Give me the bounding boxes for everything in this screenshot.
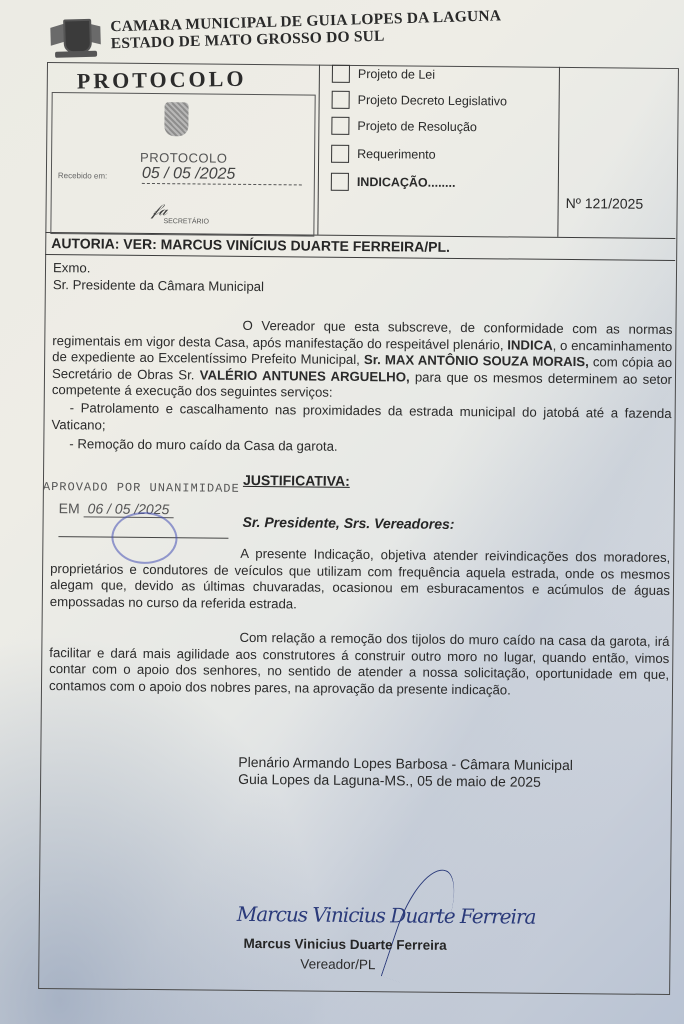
- justification-paragraph-1: A presente Indicação, objetiva atender r…: [50, 544, 671, 616]
- checkbox[interactable]: [332, 65, 350, 83]
- protocol-title: PROTOCOLO: [77, 66, 247, 95]
- received-label: Recebido em:: [58, 171, 107, 180]
- checkbox[interactable]: [331, 173, 349, 191]
- justification-title: JUSTIFICATIVA:: [243, 472, 350, 489]
- indication-paragraph: O Vereador que esta subscreve, de confor…: [52, 316, 673, 405]
- checkbox[interactable]: [331, 145, 349, 163]
- protocol-stamp: PROTOCOLO Recebido em: 05 / 05 /2025 𝒻𝒶 …: [50, 92, 315, 237]
- municipal-crest-icon: [48, 14, 103, 57]
- option-projeto-de-resolucao[interactable]: Projeto de Resolução: [331, 117, 477, 136]
- option-projeto-de-lei[interactable]: Projeto de Lei: [332, 65, 435, 84]
- justification-paragraph-2: Com relação a remoção dos tijolos do mur…: [49, 628, 670, 700]
- indication-form: PROTOCOLO PROTOCOLO Recebido em: 05 / 05…: [38, 62, 684, 1006]
- secretary-role: SECRETÁRIO: [163, 218, 209, 225]
- salutation: Exmo. Sr. Presidente da Câmara Municipal: [53, 260, 673, 299]
- signer-role: Vereador/PL: [300, 956, 375, 972]
- signer-name: Marcus Vinicius Duarte Ferreira: [243, 936, 446, 953]
- stamp-crest-icon: [164, 102, 188, 136]
- checkbox[interactable]: [332, 91, 350, 109]
- justification-salutation: Sr. Presidente, Srs. Vereadores:: [243, 514, 455, 532]
- checkbox[interactable]: [331, 117, 349, 135]
- option-requerimento[interactable]: Requerimento: [331, 145, 436, 164]
- option-indicacao[interactable]: INDICAÇÃO........: [331, 173, 456, 192]
- option-projeto-decreto-legislativo[interactable]: Projeto Decreto Legislativo: [332, 91, 508, 111]
- closing-block: Plenário Armando Lopes Barbosa - Câmara …: [238, 754, 573, 791]
- approval-stamp-text: APROVADO POR UNANIMIDADE: [43, 480, 240, 496]
- document-number: Nº 121/2025: [566, 195, 644, 212]
- stamp-label: PROTOCOLO: [140, 150, 227, 166]
- received-date: 05 / 05 /2025: [142, 165, 302, 186]
- document-header: CAMARA MUNICIPAL DE GUIA LOPES DA LAGUNA…: [48, 3, 502, 58]
- handwritten-signature: Marcus Vinicius Duarte Ferreira: [237, 902, 536, 929]
- service-item-1: - Patrolamento e cascalhamento nas proxi…: [51, 400, 671, 439]
